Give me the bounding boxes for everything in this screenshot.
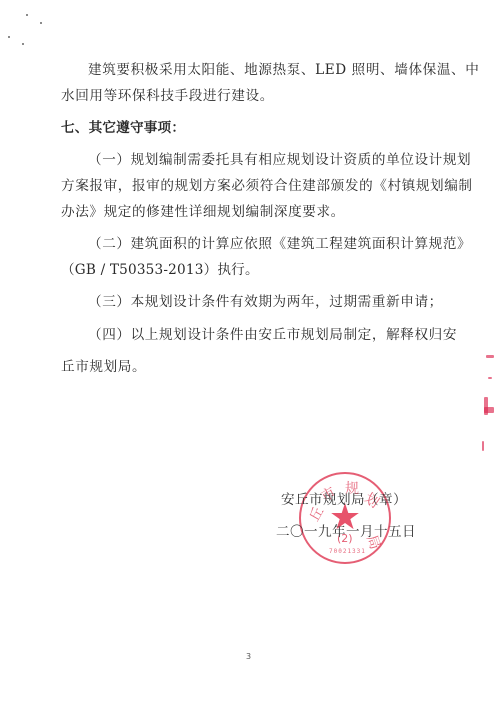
body-line: 办法》规定的修建性详细规划编制深度要求。 xyxy=(61,204,345,220)
body-line: （三）本规划设计条件有效期为两年，过期需重新申请； xyxy=(88,294,443,310)
official-stamp: 丘 市 规 划 局 ★ (2) 70021331 xyxy=(299,472,391,564)
page-number: 3 xyxy=(246,652,251,661)
body-line: （四）以上规划设计条件由安丘市规划局制定，解释权归安 xyxy=(88,327,457,343)
body-line: 水回用等环保科技手段进行建设。 xyxy=(61,88,274,104)
body-line: 建筑要积极采用太阳能、地源热泵、LED 照明、墙体保温、中 xyxy=(88,62,479,78)
body-line: （GB / T50353-2013）执行。 xyxy=(61,262,259,278)
scan-speck xyxy=(8,36,10,38)
body-line: （二）建筑面积的计算应依照《建筑工程建筑面积计算规范》 xyxy=(88,236,471,252)
scan-speck xyxy=(40,22,42,24)
body-line: （一）规划编制需委托具有相应规划设计资质的单位设计规划 xyxy=(88,152,471,168)
issue-date: 二〇一九年一月十五日 xyxy=(276,524,416,540)
seam-stamp-fragment xyxy=(482,355,500,455)
body-line: 丘市规划局。 xyxy=(61,359,146,375)
body-line: 方案报审，报审的规划方案必须符合住建部颁发的《村镇规划编制 xyxy=(61,178,473,194)
scan-speck xyxy=(22,43,24,45)
scan-speck xyxy=(26,14,28,16)
issuer-signature: 安丘市规划局（章） xyxy=(281,492,407,508)
stamp-code: 70021331 xyxy=(329,548,366,555)
section-heading: 七、其它遵守事项： xyxy=(61,120,185,136)
